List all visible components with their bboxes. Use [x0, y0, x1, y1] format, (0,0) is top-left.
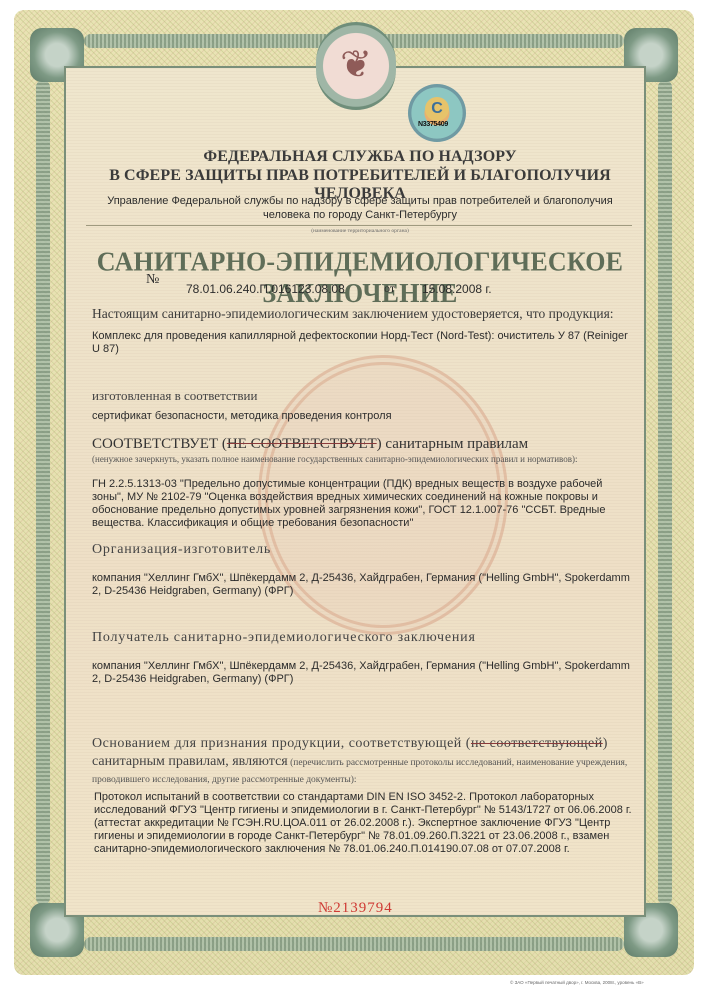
number-label: №	[146, 272, 159, 288]
made-per-label: изготовленная в соответствии	[92, 388, 257, 404]
form-number: №2139794	[318, 900, 393, 917]
compliance-note: (ненужное зачеркнуть, указать полное наи…	[92, 454, 592, 465]
sanitary-rules: ГН 2.2.5.1313-03 "Предельно допустимые к…	[92, 478, 637, 530]
struck-status: НЕ СООТВЕТСТВУЕТ	[227, 436, 377, 452]
product-name: Комплекс для проведения капиллярной дефе…	[92, 330, 632, 356]
compliance-line: СООТВЕТСТВУЕТ (НЕ СООТВЕТСТВУЕТ) санитар…	[92, 436, 528, 453]
grounds-subheading: санитарным правилам, являются (перечисли…	[92, 754, 637, 788]
document-title: САНИТАРНО-ЭПИДЕМИОЛОГИЧЕСКОЕ ЗАКЛЮЧЕНИЕ	[80, 247, 640, 310]
grounds-value: Протокол испытаний в соответствии со ста…	[94, 791, 634, 856]
territorial-body-line-1: Управление Федеральной службы по надзору…	[80, 194, 640, 208]
bottom-guilloche-band	[84, 937, 624, 951]
manufacturer-label: Организация-изготовитель	[92, 542, 271, 558]
recipient-value: компания "Хеллинг ГмбХ", Шпёкердамм 2, Д…	[92, 660, 637, 686]
right-guilloche-band	[658, 80, 672, 905]
hologram-c-icon: C	[425, 97, 449, 121]
compliance-status: СООТВЕТСТВУЕТ	[92, 436, 218, 452]
coat-of-arms-icon: ❦	[316, 22, 396, 110]
hologram-icon: C N3375409	[408, 84, 466, 142]
conclusion-number: 78.01.06.240.П.016123.08.08	[186, 282, 345, 296]
hologram-serial: N3375409	[418, 121, 448, 128]
territorial-body-caption: (наименование территориального органа)	[80, 228, 640, 234]
made-per-value: сертификат безопасности, методика провед…	[92, 410, 392, 422]
conclusion-date: 15.08.2008 г.	[422, 282, 492, 296]
grounds-struck: не соответствующей	[471, 736, 603, 751]
divider	[86, 225, 632, 226]
date-label: от	[384, 281, 395, 296]
grounds-heading: Основанием для признания продукции, соот…	[92, 736, 637, 752]
agency-line-1: ФЕДЕРАЛЬНАЯ СЛУЖБА ПО НАДЗОРУ	[80, 148, 640, 166]
recipient-label: Получатель санитарно-эпидемиологического…	[92, 630, 476, 646]
left-guilloche-band	[36, 80, 50, 905]
manufacturer-value: компания "Хеллинг ГмбХ", Шпёкердамм 2, Д…	[92, 572, 637, 598]
double-headed-eagle-icon: ❦	[340, 40, 372, 90]
printer-imprint: © ЗАО «Первый печатный двор», г. Москва,…	[510, 980, 644, 985]
territorial-body-line-2: человека по городу Санкт-Петербургу	[80, 208, 640, 222]
product-intro: Настоящим санитарно-эпидемиологическим з…	[92, 306, 614, 322]
